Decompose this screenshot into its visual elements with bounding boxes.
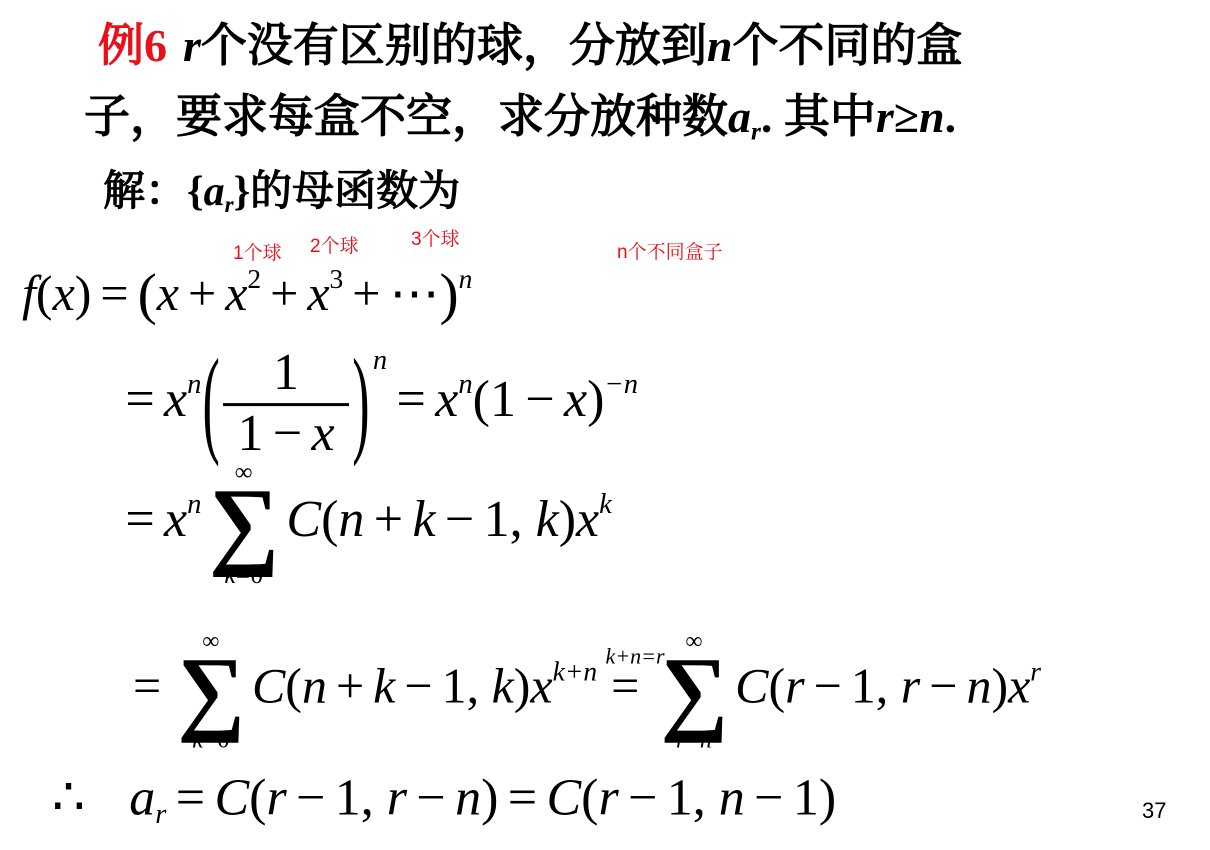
math-token: n <box>966 657 991 713</box>
math-token: = <box>100 265 128 321</box>
math-token: = <box>397 371 426 428</box>
summation-k: ∞∑k=0 <box>209 459 279 589</box>
math-token: 1, <box>851 657 901 713</box>
left-paren: ( <box>202 344 219 464</box>
math-token: x <box>312 405 335 462</box>
math-token: n <box>707 20 733 71</box>
math-token: n <box>719 769 745 826</box>
math-token: a <box>129 769 155 826</box>
math-token: 1 <box>793 769 819 826</box>
math-token: − <box>754 769 783 826</box>
math-token: = <box>203 727 217 753</box>
math-token: − <box>929 657 957 713</box>
math-token: r <box>785 657 804 713</box>
math-token: − <box>404 657 432 713</box>
math-token: x <box>1008 657 1030 713</box>
math-token: − <box>296 769 325 826</box>
math-token: r <box>1030 655 1041 686</box>
math-token: r <box>751 118 761 146</box>
formula-closed-form: =xn(11−x)n=xn(1−x)−n <box>116 346 638 462</box>
fraction-numerator: 1 <box>256 346 315 403</box>
math-token: x <box>307 265 329 321</box>
math-token: + <box>270 265 298 321</box>
math-token: 0 <box>251 562 264 589</box>
formula-generating-function: f(x)=(x+x2+x3+⋯)n <box>22 262 472 328</box>
title-line-1: 例6r个没有区别的球，分放到n个不同的盒 <box>98 20 963 73</box>
math-token: 个不同的盒 <box>733 20 963 71</box>
math-token: ) <box>75 265 92 321</box>
math-token: − <box>416 769 445 826</box>
math-token: r <box>876 91 894 142</box>
math-token: ⋯ <box>390 265 440 321</box>
title-line-1-text: r个没有区别的球，分放到n个不同的盒 <box>183 20 963 71</box>
formula4-equals: = <box>124 657 170 713</box>
math-token: x <box>530 657 552 713</box>
math-token: k <box>599 489 612 520</box>
slide-canvas: 例6r个没有区别的球，分放到n个不同的盒 子，要求每盒不空，求分放种数ar. 其… <box>0 0 1210 850</box>
math-token: n <box>187 369 201 400</box>
page-number: 37 <box>1142 798 1166 824</box>
math-token: + <box>188 265 216 321</box>
math-token: − <box>273 405 302 462</box>
fraction-one-over-one-minus-x: 11−x <box>223 346 349 462</box>
math-token: ( <box>581 769 598 826</box>
solution-heading: 解：{ar}的母函数为 <box>103 168 460 217</box>
math-token: 解： <box>103 169 187 215</box>
math-token: = <box>508 769 537 826</box>
math-token: k+n <box>553 655 598 686</box>
math-token: x <box>564 371 587 428</box>
math-token: k <box>412 491 435 548</box>
math-token: ( <box>768 657 785 713</box>
math-token: ) <box>819 769 836 826</box>
title-line-2: 子，要求每盒不空，求分放种数ar. 其中r≥n. <box>84 91 956 147</box>
math-token: r <box>266 769 286 826</box>
math-token: x <box>435 371 458 428</box>
math-token: 个没有区别的球，分放到 <box>201 20 707 71</box>
math-token: a <box>728 91 751 142</box>
math-token: = <box>236 562 251 589</box>
math-token: k <box>373 657 395 713</box>
math-token: ( <box>321 491 338 548</box>
formula3-body: C(n+k−1, k)xk <box>286 491 611 548</box>
math-token: − <box>628 769 657 826</box>
math-token: k <box>492 657 514 713</box>
math-token: x <box>53 265 75 321</box>
math-token: + <box>352 265 380 321</box>
math-token: 1, <box>442 657 492 713</box>
formula2-prefix: =xn <box>116 371 201 428</box>
math-token: k <box>224 562 236 589</box>
math-token: = <box>133 657 161 713</box>
math-token: n <box>455 769 481 826</box>
math-token: 1, <box>484 491 536 548</box>
math-token: . <box>945 91 957 142</box>
math-token: − <box>445 491 474 548</box>
math-token: n <box>187 489 201 520</box>
fraction-denominator: 1−x <box>223 403 349 462</box>
math-token: = <box>686 727 700 753</box>
conclusion-line: ∴ar=C(r−1, r−n)=C(r−1, n−1) <box>52 768 836 831</box>
math-token: ) <box>991 657 1008 713</box>
summation-k-2: ∞∑k=0 <box>177 629 245 754</box>
math-token: C <box>252 657 285 713</box>
math-token: + <box>374 491 403 548</box>
math-token: x <box>164 491 187 548</box>
math-token: x <box>225 265 247 321</box>
math-token: 1 <box>490 371 516 428</box>
math-token: { <box>187 169 204 215</box>
sum-lower-limit: r=n <box>676 727 712 753</box>
math-token: ) <box>559 491 576 548</box>
math-token: n <box>919 91 945 142</box>
math-token: } <box>234 169 251 215</box>
math-token: − <box>525 371 554 428</box>
math-token: f <box>22 265 36 321</box>
math-token: r <box>183 20 201 71</box>
math-token: x <box>157 265 179 321</box>
math-token: C <box>735 657 768 713</box>
math-token: n <box>458 369 472 400</box>
math-token: ( <box>36 265 53 321</box>
formula-substitution: =∞∑k=0C(n+k−1, k)xk+nk+n=r=∞∑r=nC(r−1, r… <box>124 629 1041 754</box>
summation-r: ∞∑r=n <box>660 629 728 754</box>
right-paren: ) <box>352 344 369 464</box>
formula2-suffix: =xn(1−x)−n <box>387 371 638 428</box>
math-token: ) <box>481 769 498 826</box>
annotation-n-boxes: n个不同盒子 <box>617 243 723 264</box>
example-label: 例6 <box>98 20 167 71</box>
math-token: a <box>204 169 225 215</box>
sum-lower-limit: k=0 <box>192 727 230 753</box>
sum-lower-limit: k=0 <box>224 562 263 589</box>
math-token: n <box>459 263 473 294</box>
math-token: 3 <box>330 263 344 294</box>
math-token: 其中 <box>772 91 876 142</box>
math-token: k <box>192 727 203 753</box>
math-token: . <box>761 91 773 142</box>
math-token: 2 <box>247 263 261 294</box>
math-token: r <box>598 769 618 826</box>
equals-with-condition: k+n=r= <box>611 657 639 715</box>
formula4-tail: C(r−1, r−n)xr <box>735 657 1041 713</box>
math-token: − <box>814 657 842 713</box>
math-token: ( <box>249 769 266 826</box>
sigma-icon: ∑ <box>209 486 279 561</box>
math-token: 1 <box>237 405 263 462</box>
math-token: = <box>125 491 154 548</box>
annotation-three-balls: 3个球 <box>411 230 460 251</box>
formula-sum-k: =xn∞∑k=0C(n+k−1, k)xk <box>116 459 612 589</box>
math-token: 1, <box>335 769 387 826</box>
math-token: C <box>214 769 249 826</box>
math-token: k <box>536 491 559 548</box>
math-token: C <box>546 769 581 826</box>
math-token: −n <box>604 369 638 400</box>
math-token: r <box>676 727 686 753</box>
math-token: = <box>176 769 205 826</box>
math-token: ( <box>473 371 490 428</box>
math-token: ) <box>514 657 531 713</box>
math-token: ) <box>440 263 459 326</box>
math-token: r <box>155 799 166 830</box>
math-token: ( <box>138 263 157 326</box>
math-token: 子，要求每盒不空，求分放种数 <box>84 91 728 142</box>
math-token: 1, <box>667 769 719 826</box>
math-token: n <box>700 727 712 753</box>
math-token: = <box>125 371 154 428</box>
formula3-prefix: =xn <box>116 491 201 548</box>
math-token: C <box>286 491 321 548</box>
math-token: ( <box>285 657 302 713</box>
substitution-condition: k+n=r <box>606 645 665 667</box>
formula4-middle: C(n+k−1, k)xk+n <box>252 657 597 713</box>
math-token: n <box>338 491 364 548</box>
math-token: 0 <box>217 727 229 753</box>
sigma-icon: ∑ <box>177 655 245 727</box>
math-token: 的母函数为 <box>250 169 460 215</box>
math-token: x <box>164 371 187 428</box>
math-token: ≥ <box>894 91 919 142</box>
math-token: r <box>225 191 234 217</box>
math-token: n <box>302 657 327 713</box>
math-token: r <box>901 657 920 713</box>
annotation-two-balls: 2个球 <box>310 237 359 258</box>
math-token: r <box>387 769 407 826</box>
math-token: ∴ <box>52 769 85 826</box>
math-token: ) <box>587 371 604 428</box>
sigma-icon: ∑ <box>660 655 728 727</box>
math-token: x <box>576 491 599 548</box>
outer-exponent-n: n <box>373 345 387 376</box>
math-token: + <box>336 657 364 713</box>
